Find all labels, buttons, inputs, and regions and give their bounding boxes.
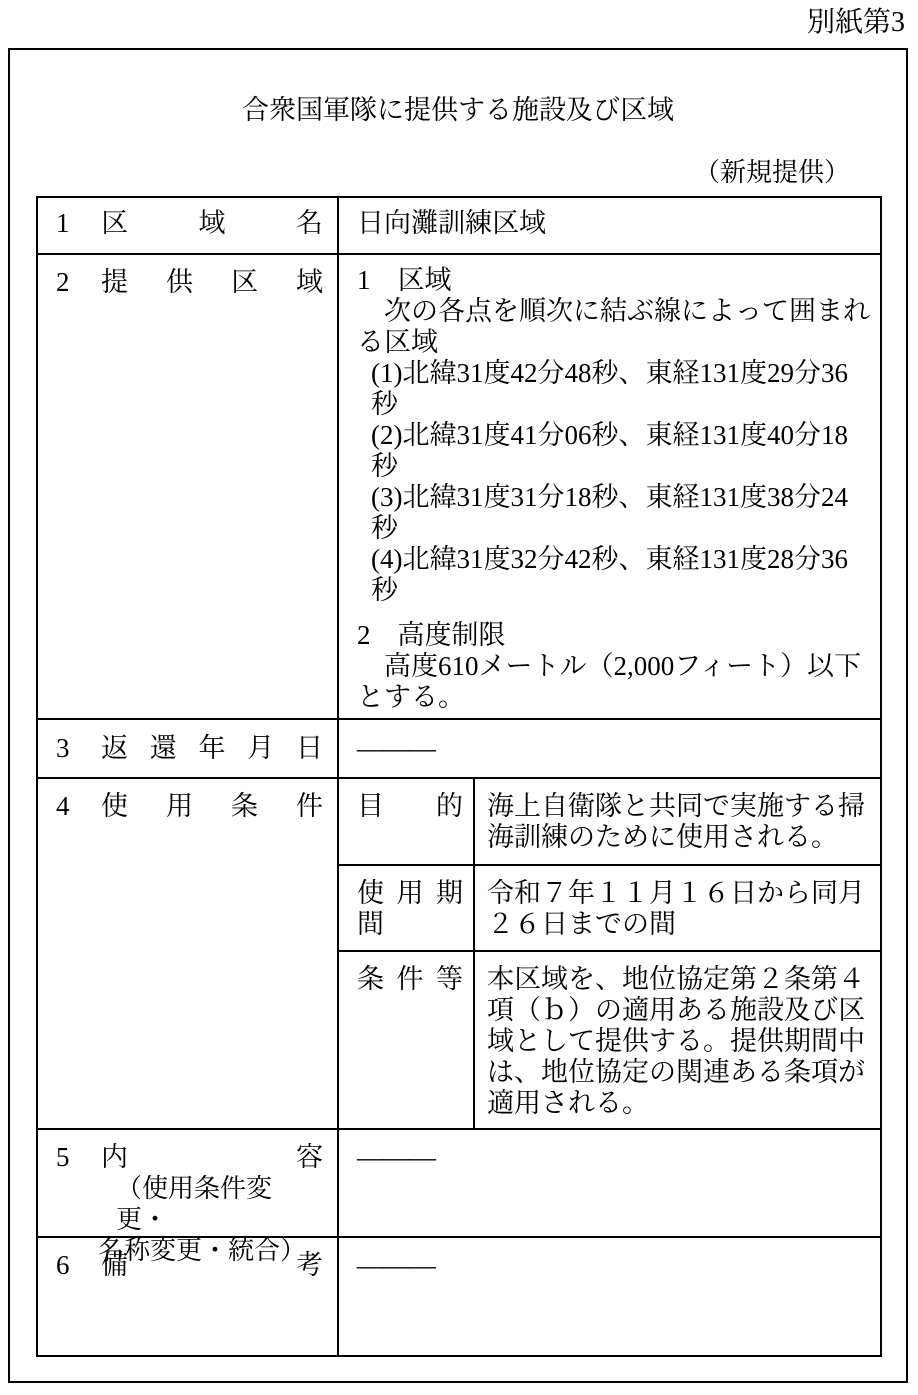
row1-value-cell: 日向灘訓練区域 — [339, 198, 880, 253]
none-dash: ――― — [357, 1142, 435, 1172]
subrow-purpose: 目的 海上自衛隊と共同で実施する掃海訓練のために使用される。 — [339, 779, 880, 864]
subrow-use-period: 使用期間 令和７年１１月１６日から同月２６日までの間 — [339, 864, 880, 950]
document-page: 別紙第3 合衆国軍隊に提供する施設及び区域 （新規提供） 1 区域名 日向灘訓練… — [0, 0, 918, 1395]
row1-label-cell: 1 区域名 — [38, 198, 339, 253]
coordinate-point-3: (3)北緯31度31分18秒、東経131度38分24秒 — [371, 482, 872, 544]
row5-label-cell: 5 内容 （使用条件変更・ 名称変更・統合） — [38, 1130, 339, 1236]
purpose-label: 目的 — [357, 791, 463, 822]
use-period-value: 令和７年１１月１６日から同月２６日までの間 — [475, 866, 880, 950]
coordinate-point-2: (2)北緯31度41分06秒、東経131度40分18秒 — [371, 420, 872, 482]
new-provision-note: （新規提供） — [10, 156, 906, 190]
document-title: 合衆国軍隊に提供する施設及び区域 — [10, 92, 906, 128]
altitude-section-heading: 2 高度制限 — [357, 620, 872, 651]
row1-number: 1 — [56, 208, 101, 239]
row5-number: 5 — [56, 1142, 101, 1173]
use-period-label-cell: 使用期間 — [339, 866, 475, 950]
coordinate-point-1: (1)北緯31度42分48秒、東経131度29分36秒 — [371, 358, 872, 420]
row3-label-cell: 3 返還年月日 — [38, 720, 339, 777]
area-section-intro: 次の各点を順次に結ぶ線によって囲まれる区域 — [357, 296, 872, 358]
row6-label-cell: 6 備考 — [38, 1238, 339, 1355]
altitude-section-text: 高度610メートル（2,000フィート）以下とする。 — [357, 651, 872, 713]
conditions-value: 本区域を、地位協定第２条第４項（ｂ）の適用ある施設及び区域として提供する。提供期… — [475, 952, 880, 1128]
table-row-return-date: 3 返還年月日 ――― — [38, 718, 880, 777]
area-name-value: 日向灘訓練区域 — [357, 208, 546, 238]
none-dash: ――― — [357, 1250, 435, 1280]
coordinate-point-4: (4)北緯31度32分42秒、東経131度28分36秒 — [371, 544, 872, 606]
row5-label: 内容 — [101, 1142, 323, 1173]
row3-value-cell: ――― — [339, 720, 880, 777]
none-dash: ――― — [357, 733, 435, 763]
purpose-value: 海上自衛隊と共同で実施する掃海訓練のために使用される。 — [475, 779, 880, 864]
row6-value-cell: ――― — [339, 1238, 880, 1355]
conditions-label: 条件等 — [357, 964, 463, 995]
row3-label: 返還年月日 — [101, 733, 323, 764]
row3-number: 3 — [56, 733, 101, 764]
row4-label-cell: 4 使用条件 — [38, 779, 339, 1128]
row1-label: 区域名 — [101, 208, 323, 239]
row4-number: 4 — [56, 791, 101, 822]
row5-value-cell: ――― — [339, 1130, 880, 1236]
row4-label: 使用条件 — [101, 791, 323, 822]
attachment-number-note: 別紙第3 — [807, 6, 905, 40]
row5-label-note-line1: （使用条件変更・ — [116, 1173, 323, 1235]
row2-label: 提供区域 — [101, 267, 323, 298]
table-row-area-name: 1 区域名 日向灘訓練区域 — [38, 198, 880, 253]
table-row-remarks: 6 備考 ――― — [38, 1236, 880, 1355]
facility-table: 1 区域名 日向灘訓練区域 2 提供区域 1 区域 次の各点を順次に結ぶ線によっ… — [36, 196, 882, 1357]
row2-number: 2 — [56, 267, 101, 298]
row6-number: 6 — [56, 1250, 101, 1281]
use-conditions-subtable: 目的 海上自衛隊と共同で実施する掃海訓練のために使用される。 使用期間 令和７年… — [339, 779, 880, 1128]
row6-label: 備考 — [101, 1250, 323, 1281]
row2-value-cell: 1 区域 次の各点を順次に結ぶ線によって囲まれる区域 (1)北緯31度42分48… — [339, 255, 880, 718]
table-row-use-conditions: 4 使用条件 目的 海上自衛隊と共同で実施する掃海訓練のために使用される。 使用… — [38, 777, 880, 1128]
table-row-content: 5 内容 （使用条件変更・ 名称変更・統合） ――― — [38, 1128, 880, 1236]
subrow-conditions: 条件等 本区域を、地位協定第２条第４項（ｂ）の適用ある施設及び区域として提供する… — [339, 950, 880, 1128]
area-section-heading: 1 区域 — [357, 265, 872, 296]
use-period-label: 使用期間 — [357, 878, 463, 940]
table-row-provided-area: 2 提供区域 1 区域 次の各点を順次に結ぶ線によって囲まれる区域 (1)北緯3… — [38, 253, 880, 718]
purpose-label-cell: 目的 — [339, 779, 475, 864]
row2-label-cell: 2 提供区域 — [38, 255, 339, 718]
conditions-label-cell: 条件等 — [339, 952, 475, 1128]
